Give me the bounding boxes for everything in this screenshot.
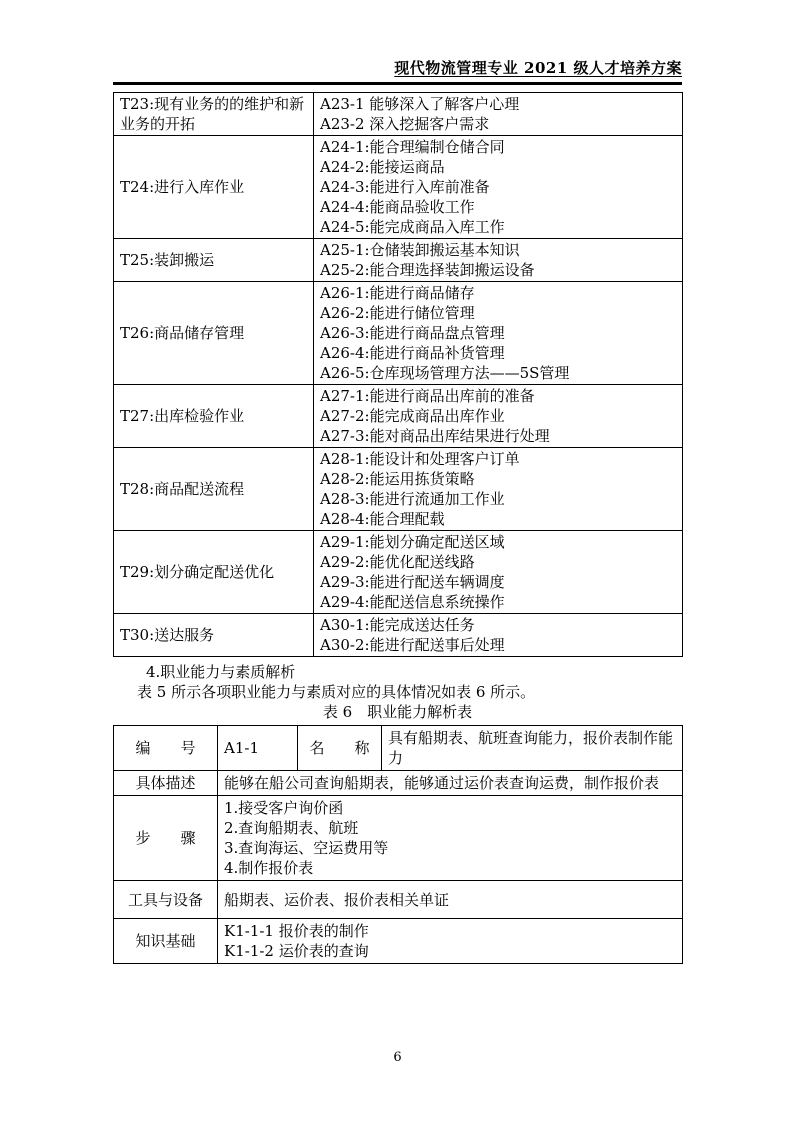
table-row-knowledge: 知识基础 K1-1-1 报价表的制作 K1-1-2 运价表的查询 bbox=[114, 919, 683, 964]
ability-item: A24-1:能合理编制仓储合同 bbox=[320, 137, 676, 157]
knowledge-item: K1-1-1 报价表的制作 bbox=[224, 921, 676, 941]
ability-item: A25-1:仓储装卸搬运基本知识 bbox=[320, 240, 676, 260]
tools-value: 船期表、运价表、报价表相关单证 bbox=[218, 881, 683, 919]
ability-item: A29-4:能配送信息系统操作 bbox=[320, 592, 676, 612]
knowledge-item: K1-1-2 运价表的查询 bbox=[224, 941, 676, 961]
ability-item: A30-1:能完成送达任务 bbox=[320, 615, 676, 635]
section-heading: 4.职业能力与素质解析 bbox=[146, 662, 682, 682]
ability-cell: A24-1:能合理编制仓储合同 A24-2:能接运商品 A24-3:能进行入库前… bbox=[314, 136, 683, 239]
header-double-rule bbox=[113, 82, 682, 85]
ability-item: A28-2:能运用拣货策略 bbox=[320, 469, 676, 489]
document-page: 现代物流管理专业 2021 级人才培养方案 T23:现有业务的的维护和新业务的开… bbox=[0, 0, 793, 1122]
ability-cell: A23-1 能够深入了解客户心理 A23-2 深入挖掘客户需求 bbox=[314, 93, 683, 136]
table6-caption: 表 6 职业能力解析表 bbox=[113, 702, 682, 722]
ability-cell: A25-1:仓储装卸搬运基本知识 A25-2:能合理选择装卸搬运设备 bbox=[314, 239, 683, 282]
ability-item: A23-2 深入挖掘客户需求 bbox=[320, 114, 676, 134]
task-cell: T30:送达服务 bbox=[114, 614, 314, 657]
step-item: 1.接受客户询价函 bbox=[224, 798, 676, 818]
table-row-number-name: 编 号 A1-1 名 称 具有船期表、航班查询能力，报价表制作能力 bbox=[114, 726, 683, 771]
page-content: 现代物流管理专业 2021 级人才培养方案 T23:现有业务的的维护和新业务的开… bbox=[113, 0, 682, 964]
ability-item: A24-5:能完成商品入库工作 bbox=[320, 217, 676, 237]
table-row: T23:现有业务的的维护和新业务的开拓 A23-1 能够深入了解客户心理 A23… bbox=[114, 93, 683, 136]
table-row: T28:商品配送流程 A28-1:能设计和处理客户订单 A28-2:能运用拣货策… bbox=[114, 448, 683, 531]
table-row: T24:进行入库作业 A24-1:能合理编制仓储合同 A24-2:能接运商品 A… bbox=[114, 136, 683, 239]
ability-item: A26-3:能进行商品盘点管理 bbox=[320, 323, 676, 343]
ability-item: A30-2:能进行配送事后处理 bbox=[320, 635, 676, 655]
tools-label: 工具与设备 bbox=[114, 881, 218, 919]
description-value: 能够在船公司查询船期表，能够通过运价表查询运费，制作报价表 bbox=[218, 771, 683, 796]
table-row: T26:商品储存管理 A26-1:能进行商品储存 A26-2:能进行储位管理 A… bbox=[114, 282, 683, 385]
steps-label: 步 骤 bbox=[114, 796, 218, 881]
ability-item: A28-4:能合理配载 bbox=[320, 509, 676, 529]
ability-cell: A30-1:能完成送达任务 A30-2:能进行配送事后处理 bbox=[314, 614, 683, 657]
step-item: 2.查询船期表、航班 bbox=[224, 818, 676, 838]
table-row: T30:送达服务 A30-1:能完成送达任务 A30-2:能进行配送事后处理 bbox=[114, 614, 683, 657]
ability-item: A28-3:能进行流通加工作业 bbox=[320, 489, 676, 509]
ability-item: A26-2:能进行储位管理 bbox=[320, 303, 676, 323]
task-cell: T24:进行入库作业 bbox=[114, 136, 314, 239]
ability-item: A27-3:能对商品出库结果进行处理 bbox=[320, 426, 676, 446]
ability-analysis-table: 编 号 A1-1 名 称 具有船期表、航班查询能力，报价表制作能力 具体描述 能… bbox=[113, 725, 683, 964]
ability-item: A24-3:能进行入库前准备 bbox=[320, 177, 676, 197]
ability-item: A29-1:能划分确定配送区域 bbox=[320, 532, 676, 552]
ability-item: A23-1 能够深入了解客户心理 bbox=[320, 94, 676, 114]
description-label: 具体描述 bbox=[114, 771, 218, 796]
number-value: A1-1 bbox=[218, 726, 298, 771]
knowledge-label: 知识基础 bbox=[114, 919, 218, 964]
table-row-steps: 步 骤 1.接受客户询价函 2.查询船期表、航班 3.查询海运、空运费用等 4.… bbox=[114, 796, 683, 881]
ability-item: A24-2:能接运商品 bbox=[320, 157, 676, 177]
task-cell: T29:划分确定配送优化 bbox=[114, 531, 314, 614]
ability-item: A27-1:能进行商品出库前的准备 bbox=[320, 386, 676, 406]
steps-value: 1.接受客户询价函 2.查询船期表、航班 3.查询海运、空运费用等 4.制作报价… bbox=[218, 796, 683, 881]
table-row-description: 具体描述 能够在船公司查询船期表，能够通过运价表查询运费，制作报价表 bbox=[114, 771, 683, 796]
step-item: 4.制作报价表 bbox=[224, 858, 676, 878]
ability-item: A28-1:能设计和处理客户订单 bbox=[320, 449, 676, 469]
ability-item: A26-4:能进行商品补货管理 bbox=[320, 343, 676, 363]
ability-item: A26-1:能进行商品储存 bbox=[320, 283, 676, 303]
page-header-title: 现代物流管理专业 2021 级人才培养方案 bbox=[113, 0, 682, 78]
table-row: T27:出库检验作业 A27-1:能进行商品出库前的准备 A27-2:能完成商品… bbox=[114, 385, 683, 448]
step-item: 3.查询海运、空运费用等 bbox=[224, 838, 676, 858]
task-cell: T26:商品储存管理 bbox=[114, 282, 314, 385]
table-row: T25:装卸搬运 A25-1:仓储装卸搬运基本知识 A25-2:能合理选择装卸搬… bbox=[114, 239, 683, 282]
ability-cell: A29-1:能划分确定配送区域 A29-2:能优化配送线路 A29-3:能进行配… bbox=[314, 531, 683, 614]
ability-item: A25-2:能合理选择装卸搬运设备 bbox=[320, 260, 676, 280]
section-paragraph: 表 5 所示各项职业能力与素质对应的具体情况如表 6 所示。 bbox=[137, 682, 682, 702]
ability-item: A27-2:能完成商品出库作业 bbox=[320, 406, 676, 426]
table-row-tools: 工具与设备 船期表、运价表、报价表相关单证 bbox=[114, 881, 683, 919]
task-ability-table: T23:现有业务的的维护和新业务的开拓 A23-1 能够深入了解客户心理 A23… bbox=[113, 92, 683, 657]
ability-item: A29-3:能进行配送车辆调度 bbox=[320, 572, 676, 592]
name-value: 具有船期表、航班查询能力，报价表制作能力 bbox=[382, 726, 683, 771]
page-number: 6 bbox=[393, 1050, 401, 1065]
table-row: T29:划分确定配送优化 A29-1:能划分确定配送区域 A29-2:能优化配送… bbox=[114, 531, 683, 614]
task-cell: T25:装卸搬运 bbox=[114, 239, 314, 282]
task-cell: T27:出库检验作业 bbox=[114, 385, 314, 448]
name-label: 名 称 bbox=[298, 726, 382, 771]
ability-cell: A28-1:能设计和处理客户订单 A28-2:能运用拣货策略 A28-3:能进行… bbox=[314, 448, 683, 531]
ability-item: A26-5:仓库现场管理方法——5S管理 bbox=[320, 363, 676, 383]
ability-item: A29-2:能优化配送线路 bbox=[320, 552, 676, 572]
ability-item: A24-4:能商品验收工作 bbox=[320, 197, 676, 217]
task-cell: T23:现有业务的的维护和新业务的开拓 bbox=[114, 93, 314, 136]
task-cell: T28:商品配送流程 bbox=[114, 448, 314, 531]
ability-cell: A27-1:能进行商品出库前的准备 A27-2:能完成商品出库作业 A27-3:… bbox=[314, 385, 683, 448]
ability-cell: A26-1:能进行商品储存 A26-2:能进行储位管理 A26-3:能进行商品盘… bbox=[314, 282, 683, 385]
number-label: 编 号 bbox=[114, 726, 218, 771]
knowledge-value: K1-1-1 报价表的制作 K1-1-2 运价表的查询 bbox=[218, 919, 683, 964]
page-footer: 6 bbox=[113, 1050, 682, 1065]
